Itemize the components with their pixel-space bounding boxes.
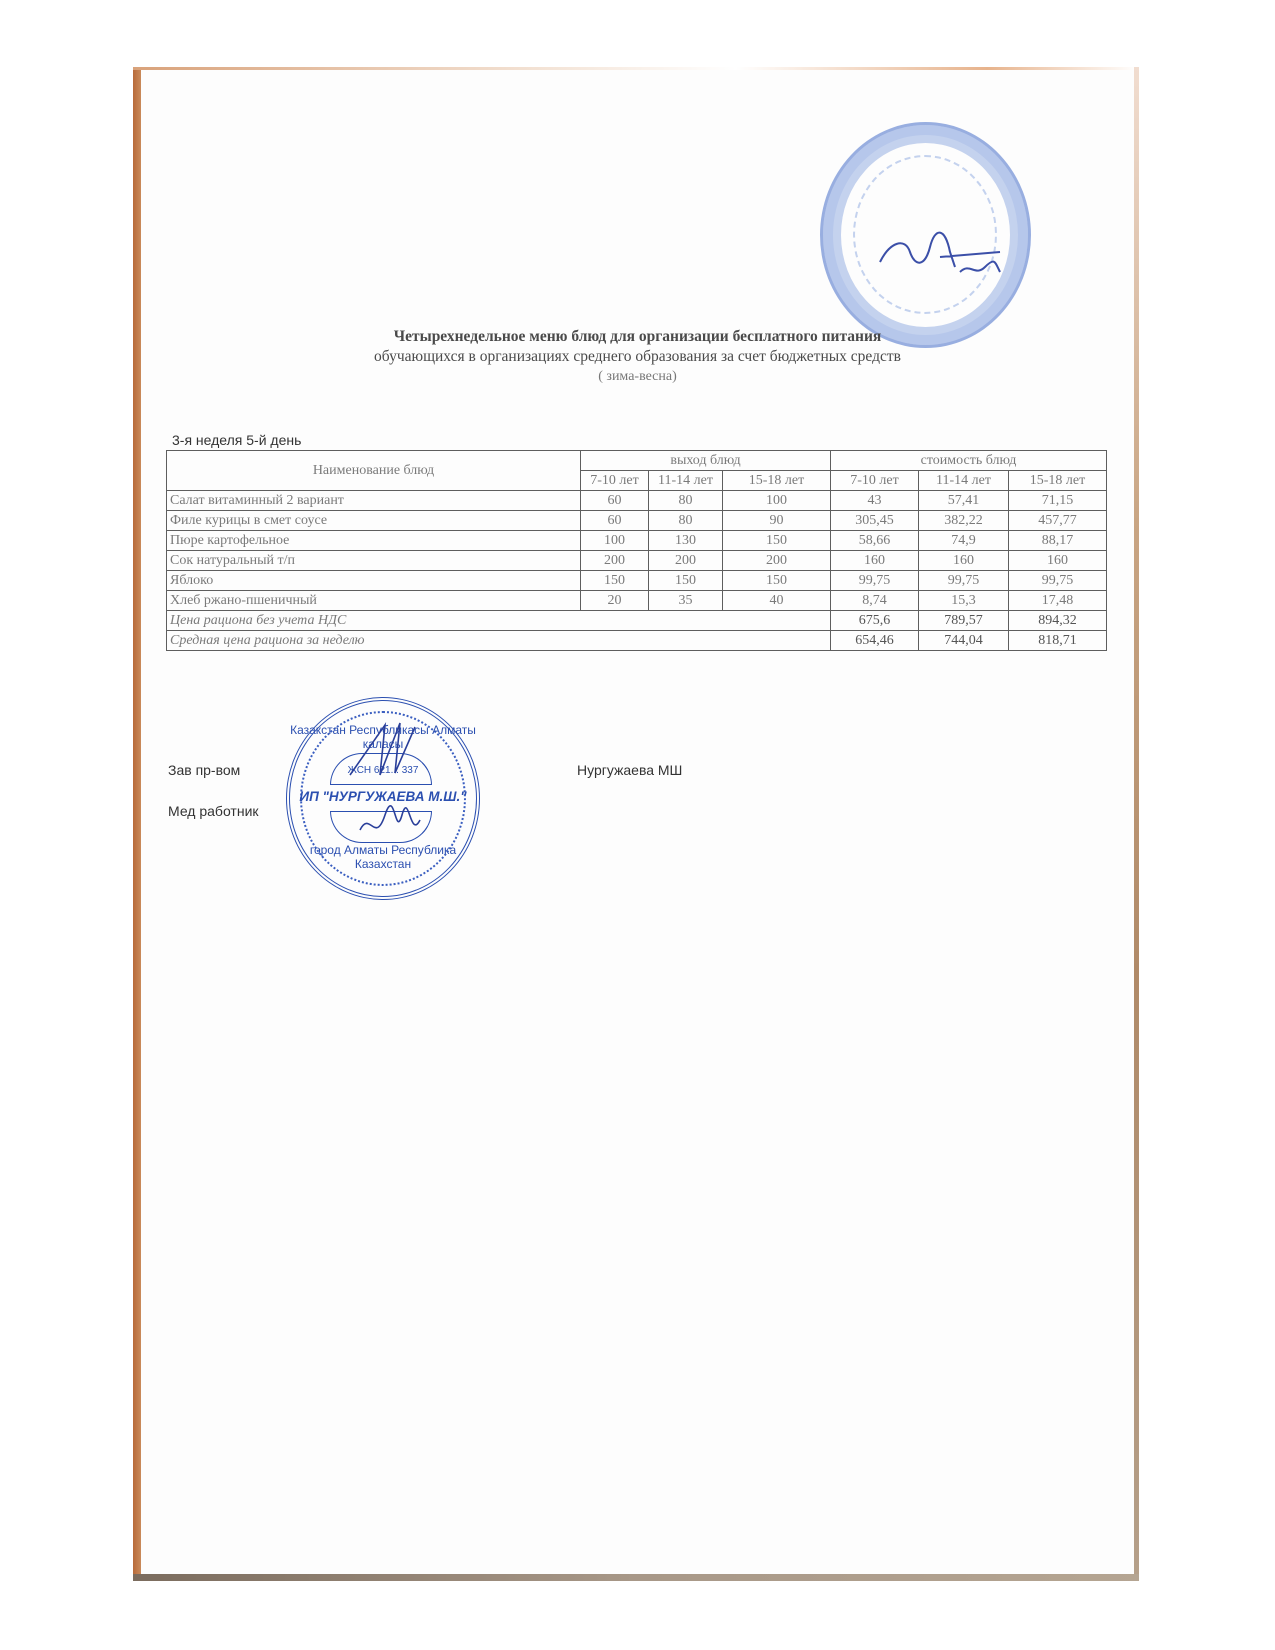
yield-cell: 200 [649,551,723,571]
yield-cell: 200 [581,551,649,571]
table-row: Хлеб ржано-пшеничный2035408,7415,317,48 [167,591,1107,611]
cost-cell: 57,41 [919,491,1009,511]
yield-cell: 60 [581,511,649,531]
cost-cell: 88,17 [1009,531,1107,551]
table-body: Салат витаминный 2 вариант60801004357,41… [167,491,1107,651]
summary-row: Цена рациона без учета НДС675,6789,57894… [167,611,1107,631]
cost-cell: 99,75 [831,571,919,591]
cost-cell: 382,22 [919,511,1009,531]
header-yield-age: 15-18 лет [723,471,831,491]
dish-name: Яблоко [167,571,581,591]
cost-cell: 305,45 [831,511,919,531]
title-line-1: Четырехнедельное меню блюд для организац… [141,327,1134,347]
cost-cell: 99,75 [919,571,1009,591]
yield-cell: 150 [649,571,723,591]
cost-cell: 160 [1009,551,1107,571]
yield-cell: 100 [723,491,831,511]
production-manager-label: Зав пр-вом [168,762,240,778]
header-cost-group: стоимость блюд [831,451,1107,471]
table-row: Салат витаминный 2 вариант60801004357,41… [167,491,1107,511]
table-row: Яблоко15015015099,7599,7599,75 [167,571,1107,591]
dish-name: Салат витаминный 2 вариант [167,491,581,511]
manager-signature [330,715,440,865]
cost-cell: 58,66 [831,531,919,551]
dish-name: Филе курицы в смет соусе [167,511,581,531]
header-cost-age: 11-14 лет [919,471,1009,491]
yield-cell: 80 [649,491,723,511]
yield-cell: 35 [649,591,723,611]
week-day-label: 3-я неделя 5-й день [172,432,301,448]
table-header-row: Наименование блюд выход блюд стоимость б… [167,451,1107,471]
summary-value: 744,04 [919,631,1009,651]
yield-cell: 130 [649,531,723,551]
director-signature [870,222,1010,282]
yield-cell: 100 [581,531,649,551]
yield-cell: 150 [723,571,831,591]
cost-cell: 74,9 [919,531,1009,551]
header-yield-age: 7-10 лет [581,471,649,491]
cost-cell: 17,48 [1009,591,1107,611]
summary-label: Цена рациона без учета НДС [167,611,831,631]
yield-cell: 200 [723,551,831,571]
summary-label: Средная цена рациона за неделю [167,631,831,651]
header-dish-name: Наименование блюд [167,451,581,491]
table-row: Сок натуральный т/п200200200160160160 [167,551,1107,571]
paper-edge-bottom [133,1574,1139,1581]
title-line-2: обучающихся в организациях среднего обра… [141,347,1134,367]
production-manager-name: Нургужаева МШ [577,762,682,778]
cost-cell: 15,3 [919,591,1009,611]
paper-edge-right [1134,67,1139,1580]
cost-cell: 8,74 [831,591,919,611]
cost-cell: 71,15 [1009,491,1107,511]
table-row: Пюре картофельное10013015058,6674,988,17 [167,531,1107,551]
header-cost-age: 7-10 лет [831,471,919,491]
yield-cell: 150 [723,531,831,551]
yield-cell: 20 [581,591,649,611]
cost-cell: 160 [831,551,919,571]
summary-row: Средная цена рациона за неделю654,46744,… [167,631,1107,651]
yield-cell: 40 [723,591,831,611]
yield-cell: 60 [581,491,649,511]
table-row: Филе курицы в смет соусе608090305,45382,… [167,511,1107,531]
header-cost-age: 15-18 лет [1009,471,1107,491]
menu-table: Наименование блюд выход блюд стоимость б… [166,450,1107,651]
cost-cell: 43 [831,491,919,511]
yield-cell: 80 [649,511,723,531]
header-yield-group: выход блюд [581,451,831,471]
dish-name: Сок натуральный т/п [167,551,581,571]
dish-name: Пюре картофельное [167,531,581,551]
summary-value: 789,57 [919,611,1009,631]
summary-value: 818,71 [1009,631,1107,651]
yield-cell: 90 [723,511,831,531]
document-title: Четырехнедельное меню блюд для организац… [141,327,1134,387]
yield-cell: 150 [581,571,649,591]
header-yield-age: 11-14 лет [649,471,723,491]
cost-cell: 99,75 [1009,571,1107,591]
title-season: ( зима-весна) [141,367,1134,387]
medical-worker-label: Мед работник [168,803,259,819]
paper-edge-left [133,67,141,1580]
summary-value: 894,32 [1009,611,1107,631]
cost-cell: 457,77 [1009,511,1107,531]
cost-cell: 160 [919,551,1009,571]
summary-value: 675,6 [831,611,919,631]
summary-value: 654,46 [831,631,919,651]
dish-name: Хлеб ржано-пшеничный [167,591,581,611]
